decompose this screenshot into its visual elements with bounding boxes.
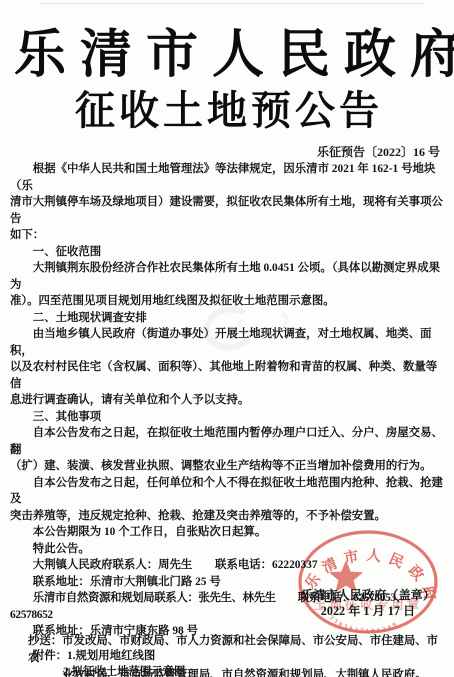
body-line: 三、其他事项	[10, 409, 446, 426]
document-number: 乐征预告〔2022〕16 号	[317, 143, 440, 160]
signature-date: 2022 年 1 月 17 日	[288, 603, 448, 619]
body-line: 自本公告发布之日起，在拟征收土地范围内暂停办理户口迁入、分户、房屋交易、翻	[10, 425, 446, 458]
body-line: 息进行调查确认，请有关单位和个人予以支持。	[10, 392, 446, 409]
notice-title: 征收土地预公告	[0, 79, 454, 136]
body-line: 清市大荆镇停车场及绿地项目）建设需要，拟征收农民集体所有土地，现将有关事项公告	[10, 194, 446, 227]
body-line: 以及农村村民住宅（含权属、面积等）、其他地上附着物和青苗的权属、种类、数量等信	[10, 359, 446, 392]
cc-block: 抄送：市发改局、市财政局、市人力资源和社会保障局、市公安局、市住建局、市农业农村…	[28, 633, 446, 677]
body-line: （扩）建、装潢、核发营业执照、调整农业生产结构等不正当增加补偿费用的行为。	[10, 458, 446, 475]
body-line: 自本公告发布之日起，任何单位和个人不得在拟征收土地范围内抢种、抢栽、抢建及	[10, 475, 446, 508]
issuer-title: 乐清市人民政府	[0, 12, 454, 87]
signature-block: 乐清市人民政府（盖章） 2022 年 1 月 17 日	[288, 587, 448, 619]
body-line: 特此公告。	[10, 541, 446, 558]
cc-line: 业农村局、市市场监督管理局、市自然资源和规划局、大荆镇人民政府。	[28, 667, 446, 677]
cc-line: 抄送：市发改局、市财政局、市人力资源和社会保障局、市公安局、市住建局、市农	[28, 633, 446, 667]
scan-artifact	[40, 3, 424, 4]
scanned-notice-page: 乐清市人民政府 征收土地预公告 乐征预告〔2022〕16 号 根据《中华人民共和…	[0, 0, 454, 677]
body-line: 本公告期限为 10 个工作日，自张贴次日起算。	[10, 524, 446, 541]
signature-issuer: 乐清市人民政府（盖章）	[288, 587, 448, 603]
body-line: 大荆镇荆东股份经济合作社农民集体所有土地 0.0451 公顷。（具体以勘测定界成…	[10, 260, 446, 293]
body-line: 如下：	[10, 227, 446, 244]
body-line: 根据《中华人民共和国土地管理法》等法律规定，因乐清市 2021 年 162-1 …	[10, 161, 446, 194]
body-line: 大荆镇人民政府联系人：周先生 联系电话：62220337	[10, 557, 446, 574]
body-line: 突击养殖等，违反规定抢种、抢栽、抢建及突击养殖等的，不予补偿安置。	[10, 508, 446, 525]
body-line: 一、征收范围	[10, 244, 446, 261]
